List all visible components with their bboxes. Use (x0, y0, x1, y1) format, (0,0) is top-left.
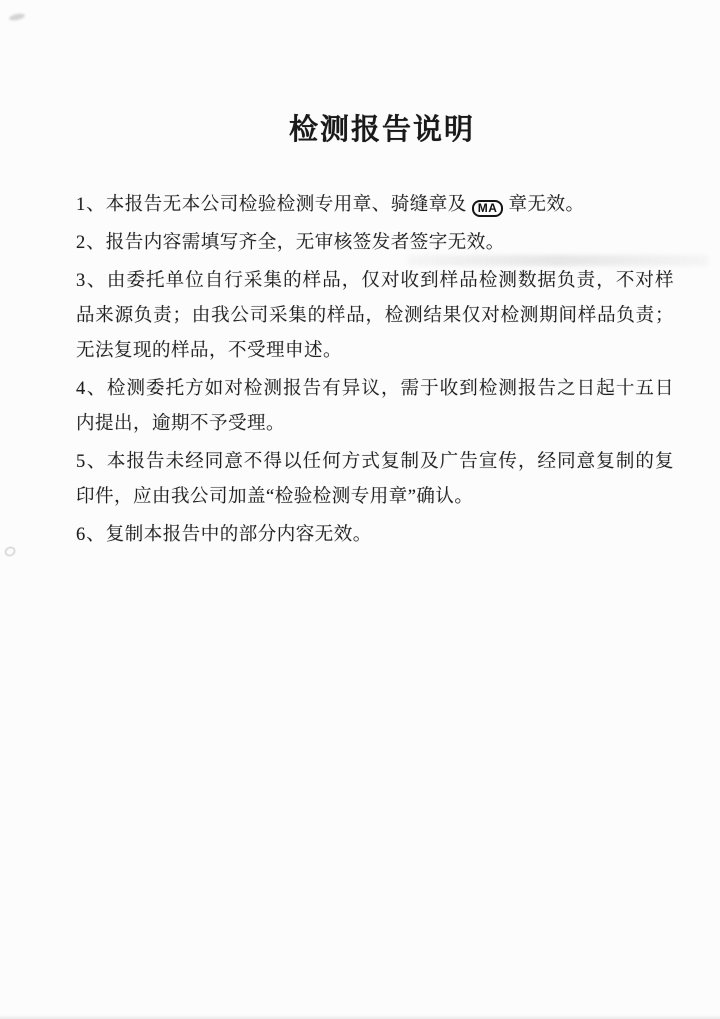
scan-speck (5, 547, 15, 556)
item-text: 报告内容需填写齐全，无审核签发者签字无效。 (106, 233, 505, 253)
cma-mark-icon: MA (472, 200, 504, 217)
notice-item-4: 4、检测委托方如对检测报告有异议，需于收到检测报告之日起十五日内提出，逾期不予受… (76, 372, 674, 442)
notice-item-6: 6、复制本报告中的部分内容无效。 (76, 518, 674, 553)
scanned-report-page: 检测报告说明 1、本报告无本公司检验检测专用章、骑缝章及MA章无效。 2、报告内… (0, 0, 720, 1019)
item-number: 6、 (76, 525, 106, 545)
item-text: 检测委托方如对检测报告有异议，需于收到检测报告之日起十五日内提出，逾期不予受理。 (76, 379, 674, 434)
item-number: 2、 (76, 233, 106, 253)
item-text: 本报告未经同意不得以任何方式复制及广告宣传，经同意复制的复印件，应由我公司加盖“… (76, 452, 674, 507)
notice-item-3: 3、由委托单位自行采集的样品，仅对收到样品检测数据负责，不对样品来源负责；由我公… (76, 264, 674, 369)
item-text: 复制本报告中的部分内容无效。 (106, 525, 372, 545)
item-number: 1、 (76, 195, 106, 215)
notice-item-2: 2、报告内容需填写齐全，无审核签发者签字无效。 (76, 226, 674, 261)
notice-item-1: 1、本报告无本公司检验检测专用章、骑缝章及MA章无效。 (76, 188, 674, 223)
item-text: 本报告无本公司检验检测专用章、骑缝章及 (106, 195, 467, 215)
item-text: 由委托单位自行采集的样品，仅对收到样品检测数据负责，不对样品来源负责；由我公司采… (76, 271, 674, 361)
item-number: 4、 (76, 379, 107, 399)
notice-list: 1、本报告无本公司检验检测专用章、骑缝章及MA章无效。 2、报告内容需填写齐全，… (76, 188, 674, 553)
scan-speck (9, 12, 26, 21)
page-title: 检测报告说明 (83, 114, 681, 146)
item-number: 5、 (76, 452, 107, 472)
notice-item-5: 5、本报告未经同意不得以任何方式复制及广告宣传，经同意复制的复印件，应由我公司加… (76, 445, 674, 515)
item-text: 章无效。 (508, 195, 584, 215)
item-number: 3、 (76, 271, 107, 291)
document-content: 检测报告说明 1、本报告无本公司检验检测专用章、骑缝章及MA章无效。 2、报告内… (76, 114, 674, 556)
scan-edge-shadow (0, 1015, 720, 1019)
